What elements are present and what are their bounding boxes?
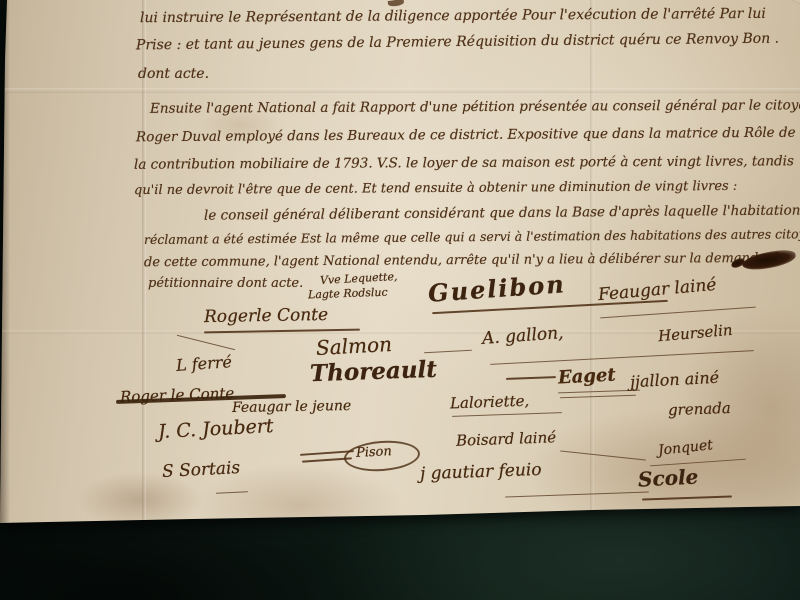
flourish-line xyxy=(490,350,754,365)
signature-lequette: Vve Lequette, xyxy=(320,270,398,287)
flourish-tail xyxy=(177,335,235,350)
flourish-line xyxy=(642,495,732,500)
manuscript-line: dont acte. xyxy=(138,66,209,82)
manuscript-line: la contribution mobiliaire de 1793. V.S.… xyxy=(134,153,794,172)
signature-thoreault: Thoreault xyxy=(310,356,438,387)
cut-off-ink-stroke-top xyxy=(388,0,405,7)
flourish-dash xyxy=(506,376,556,380)
manuscript-line: de cette commune, l'agent National enten… xyxy=(144,251,787,270)
signature-scole: Scole xyxy=(637,464,698,491)
flourish-line xyxy=(204,329,360,334)
flourish-dash xyxy=(424,350,472,354)
flourish-tail xyxy=(560,451,646,461)
signature-grenada: grenada xyxy=(668,399,731,419)
signature-joubert: J. C. Joubert xyxy=(158,415,275,443)
signature-boisard: Boisard lainé xyxy=(456,428,557,449)
manuscript-line: qu'il ne devroit l'être que de cent. Et … xyxy=(134,179,737,198)
paper-left-edge-shadow xyxy=(0,0,10,525)
signature-pison: Pison xyxy=(356,444,393,461)
manuscript-line: Roger Duval employé dans les Bureaux de … xyxy=(136,125,796,146)
signature-guelibon: Guelibon xyxy=(427,269,566,308)
flourish-line xyxy=(505,491,649,497)
signature-jonquet: Jonquet xyxy=(657,437,713,459)
horizontal-crease-upper xyxy=(0,88,800,93)
signature-salmon: Salmon xyxy=(315,332,392,360)
double-underline-top xyxy=(558,390,640,394)
signature-heurselin: Heurselin xyxy=(657,321,733,345)
photograph-of-manuscript: lui instruire le Représentant de la dili… xyxy=(0,0,800,600)
signature-laloriette: Laloriette, xyxy=(450,392,530,413)
signature-jjallon-aine: jjallon ainé xyxy=(630,368,720,392)
manuscript-line: pétitionnaire dont acte. xyxy=(148,276,303,291)
manuscript-page: lui instruire le Représentant de la dili… xyxy=(0,0,800,600)
manuscript-line: le conseil général déliberant considéran… xyxy=(204,202,800,223)
manuscript-line: réclamant a été estimée Est la même que … xyxy=(144,226,800,247)
double-underline-bottom xyxy=(560,395,636,399)
signature-ferre: L ferré xyxy=(175,352,232,375)
manuscript-line: lui instruire le Représentant de la dili… xyxy=(140,6,766,26)
flourish-line xyxy=(600,307,756,319)
signature-sortais: S Sortais xyxy=(162,458,241,482)
signature-rodsluc: Lagte Rodsluc xyxy=(308,286,388,302)
signature-eaget: Eaget xyxy=(557,365,616,389)
manuscript-line: Ensuite l'agent National a fait Rapport … xyxy=(150,97,800,116)
flourish-line xyxy=(452,412,562,417)
paper-shadow-wrapper: lui instruire le Représentant de la dili… xyxy=(0,0,800,600)
signature-rogerle-conte: Rogerle Conte xyxy=(204,305,328,327)
signature-gautiar: j gautiar feuio xyxy=(420,460,542,484)
manuscript-line: Prise : et tant au jeunes gens de la Pre… xyxy=(136,31,779,54)
signature-feaugar-le-jeune: Feaugar le jeune xyxy=(232,398,351,416)
signature-gallon: A. gallon, xyxy=(481,323,564,349)
small-dash xyxy=(216,491,248,494)
